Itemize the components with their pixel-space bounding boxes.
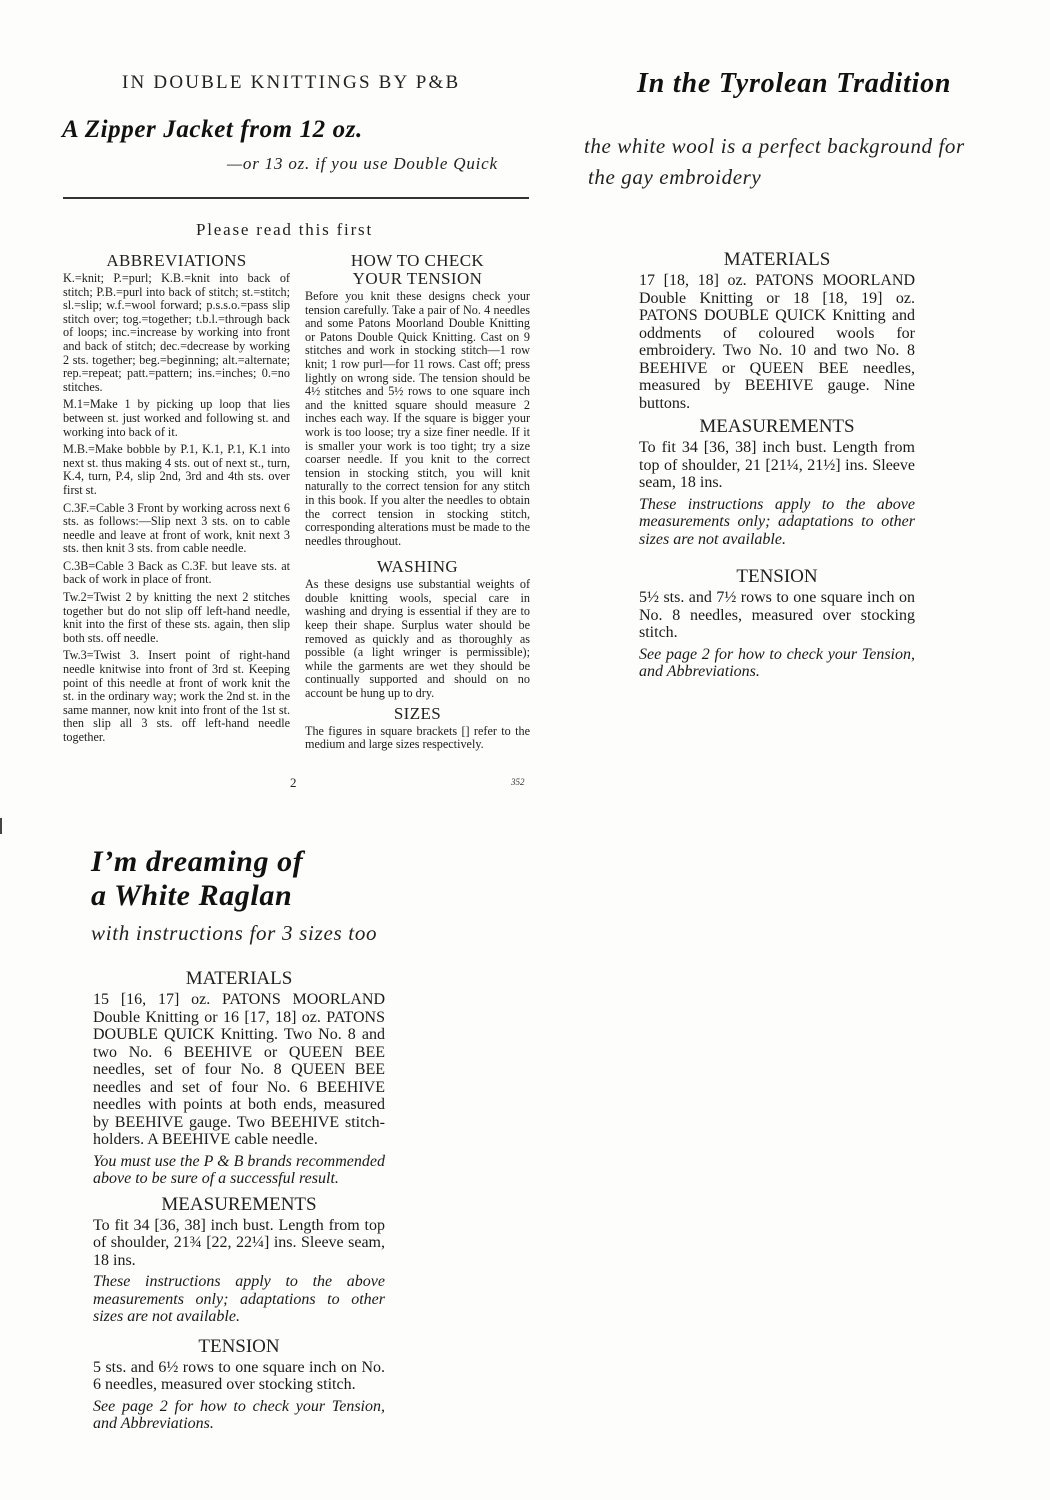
- washing-heading: WASHING: [305, 558, 530, 576]
- abbreviations-paragraph: Tw.3=Twist 3. Insert point of right-hand…: [63, 649, 290, 744]
- raglan-details: MATERIALS 15 [16, 17] oz. PATONS MOORLAN…: [93, 964, 385, 1437]
- abbreviations-paragraph: M.B.=Make bobble by P.1, K.1, P.1, K.1 i…: [63, 443, 290, 497]
- tension-check-heading-1: HOW TO CHECK: [305, 252, 530, 270]
- raglan-title-line-2: a White Raglan: [91, 879, 303, 913]
- tyrolean-measurements-text: To fit 34 [36, 38] inch bust. Length fro…: [639, 439, 915, 492]
- raglan-title: I’m dreaming of a White Raglan: [91, 845, 303, 913]
- raglan-tension-heading: TENSION: [93, 1336, 385, 1358]
- raglan-measurements-note: These instructions apply to the above me…: [93, 1273, 385, 1326]
- abbreviations-paragraph: M.1=Make 1 by picking up loop that lies …: [63, 398, 290, 439]
- sizes-text: The figures in square brackets [] refer …: [305, 725, 530, 752]
- tyrolean-materials-text: 17 [18, 18] oz. PATONS MOORLAND Double K…: [639, 272, 915, 412]
- raglan-title-line-1: I’m dreaming of: [91, 845, 303, 879]
- zipper-jacket-title: A Zipper Jacket from 12 oz.: [62, 116, 363, 144]
- abbreviations-paragraph: C.3B=Cable 3 Back as C.3F. but leave sts…: [63, 560, 290, 587]
- abbreviations-paragraph: C.3F.=Cable 3 Front by working across ne…: [63, 502, 290, 556]
- abbreviations-paragraph: K.=knit; P.=purl; K.B.=knit into back of…: [63, 272, 290, 394]
- zipper-jacket-subtitle: —or 13 oz. if you use Double Quick: [227, 154, 498, 174]
- kicker-double-knittings: IN DOUBLE KNITTINGS BY P&B: [122, 72, 460, 94]
- tyrolean-measurements-heading: MEASUREMENTS: [639, 416, 915, 438]
- divider-rule: [63, 197, 529, 199]
- tyrolean-tension-text: 5½ sts. and 7½ rows to one square inch o…: [639, 589, 915, 642]
- washing-text: As these designs use substantial weights…: [305, 578, 530, 700]
- raglan-materials-heading: MATERIALS: [93, 968, 385, 990]
- tyrolean-subtitle-line-2: the gay embroidery: [588, 165, 761, 190]
- tyrolean-subtitle-line-1: the white wool is a perfect background f…: [584, 134, 965, 159]
- tyrolean-details: MATERIALS 17 [18, 18] oz. PATONS MOORLAN…: [639, 245, 915, 685]
- tyrolean-title: In the Tyrolean Tradition: [637, 68, 951, 100]
- tyrolean-measurements-note: These instructions apply to the above me…: [639, 496, 915, 549]
- abbreviations-paragraph: Tw.2=Twist 2 by knitting the next 2 stit…: [63, 591, 290, 645]
- tension-check-heading-2: YOUR TENSION: [305, 270, 530, 288]
- abbreviations-section: ABBREVIATIONS K.=knit; P.=purl; K.B.=kni…: [63, 252, 290, 749]
- folio-number: 352: [511, 777, 525, 787]
- tyrolean-tension-heading: TENSION: [639, 566, 915, 588]
- abbreviations-heading: ABBREVIATIONS: [63, 252, 290, 270]
- raglan-subtitle: with instructions for 3 sizes too: [91, 921, 377, 946]
- raglan-measurements-heading: MEASUREMENTS: [93, 1194, 385, 1216]
- page-edge-mark: [0, 818, 2, 834]
- page-number: 2: [290, 775, 297, 791]
- tyrolean-tension-note: See page 2 for how to check your Tension…: [639, 646, 915, 681]
- raglan-tension-note: See page 2 for how to check your Tension…: [93, 1398, 385, 1433]
- raglan-measurements-text: To fit 34 [36, 38] inch bust. Length fro…: [93, 1217, 385, 1270]
- tension-check-section: HOW TO CHECK YOUR TENSION Before you kni…: [305, 252, 530, 756]
- tyrolean-materials-heading: MATERIALS: [639, 249, 915, 271]
- tension-check-text: Before you knit these designs check your…: [305, 290, 530, 548]
- sizes-heading: SIZES: [305, 705, 530, 723]
- read-first-heading: Please read this first: [196, 220, 373, 240]
- raglan-materials-text: 15 [16, 17] oz. PATONS MOORLAND Double K…: [93, 991, 385, 1149]
- raglan-materials-note: You must use the P & B brands recommende…: [93, 1153, 385, 1188]
- raglan-tension-text: 5 sts. and 6½ rows to one square inch on…: [93, 1359, 385, 1394]
